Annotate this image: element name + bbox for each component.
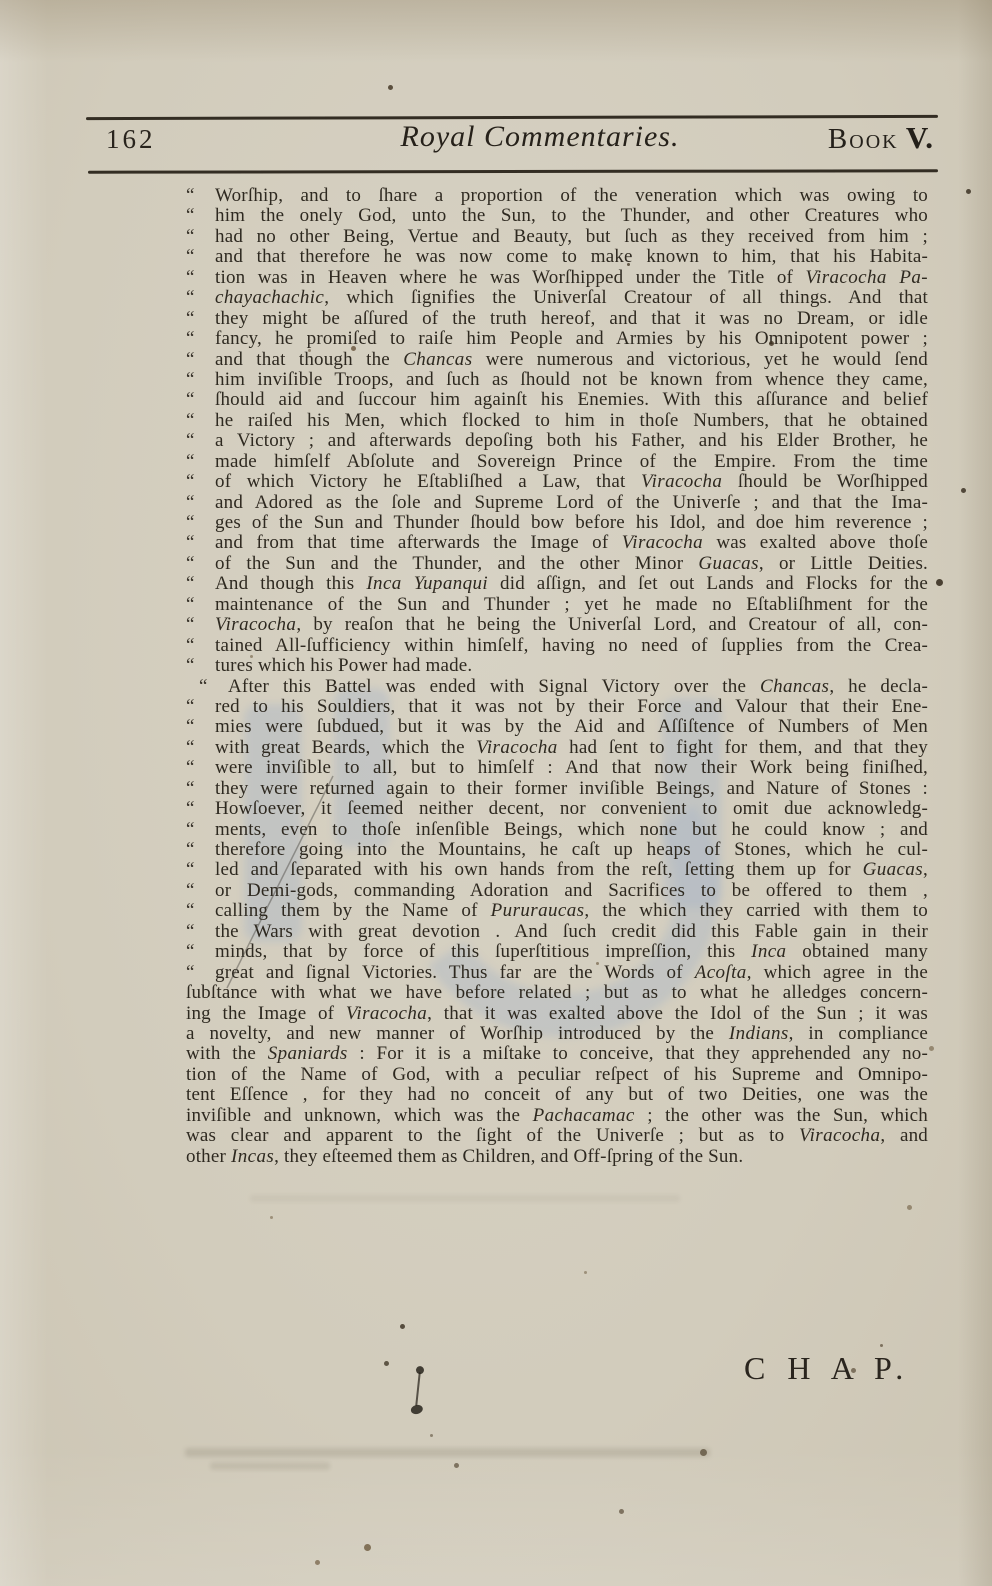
quote-mark: “ [186, 901, 215, 921]
text-line: “mies were ſubdued, but it was by the Ai… [186, 717, 928, 737]
quote-mark: “ [186, 656, 215, 676]
quote-mark: “ [186, 595, 215, 615]
text-line: “of which Victory he Eſtabliſhed a Law, … [186, 472, 928, 492]
text-line: “maintenance of the Sun and Thunder ; ye… [186, 595, 928, 615]
quote-mark: “ [186, 820, 215, 840]
text-line: tion of the Name of God, with a peculiar… [186, 1065, 928, 1085]
quote-mark: “ [186, 881, 215, 901]
quote-mark: “ [186, 636, 215, 656]
text-line: “of the Sun and the Thunder, and the oth… [186, 554, 928, 574]
text-line: “were inviſible to all, but to himſelf :… [186, 758, 928, 778]
text-line: ſubſtance with what we have before relat… [186, 983, 928, 1003]
quote-mark: “ [186, 288, 215, 308]
text-line: “had no other Being, Vertue and Beauty, … [186, 227, 928, 247]
text-line: with the Spaniards : For it is a miſtake… [186, 1044, 928, 1064]
quote-mark: “ [186, 615, 215, 635]
ink-mark [415, 1372, 421, 1406]
ink-specks [0, 0, 3, 3]
quote-mark: “ [186, 472, 215, 492]
text-line: “him inviſible Troops, and ſuch as ſhoul… [186, 370, 928, 390]
text-line: “a Victory ; and afterwards depoſing bot… [186, 431, 928, 451]
text-line: “calling them by the Name of Pururaucas,… [186, 901, 928, 921]
quote-mark: “ [186, 411, 215, 431]
text-line: “Worſhip, and to ſhare a proportion of t… [186, 186, 928, 206]
text-line: “ges of the Sun and Thunder ſhould bow b… [186, 513, 928, 533]
text-line: tent Eſſence , for they had no conceit o… [186, 1085, 928, 1105]
text-line: “the Wars with great devotion . And ſuch… [186, 922, 928, 942]
quote-mark: “ [186, 574, 215, 594]
quote-mark: “ [186, 779, 215, 799]
text-line: “ſhould aid and ſuccour him againſt his … [186, 390, 928, 410]
showthrough-text [250, 1195, 680, 1202]
text-line: “Viracocha, by reaſon that he being the … [186, 615, 928, 635]
quote-mark: “ [186, 370, 215, 390]
showthrough-text [185, 1448, 710, 1457]
quote-mark: “ [186, 860, 215, 880]
text-line: “led and ſeparated with his own hands fr… [186, 860, 928, 880]
quote-mark: “ [186, 697, 215, 717]
quote-mark: “ [186, 309, 215, 329]
book-heading: Book V. [828, 120, 934, 156]
text-line: “minds, that by force of this ſuperſtiti… [186, 942, 928, 962]
quote-mark: “ [186, 840, 215, 860]
text-line: other Incas, they eſteemed them as Child… [186, 1147, 928, 1167]
quote-mark: “ [186, 493, 215, 513]
text-line: ing the Image of Viracocha, that it was … [186, 1004, 928, 1024]
text-line: “him the onely God, unto the Sun, to the… [186, 206, 928, 226]
text-line: inviſible and unknown, which was the Pac… [186, 1106, 928, 1126]
header-rule-bottom [88, 169, 938, 173]
text-line: “tion was in Heaven where he was Worſhip… [186, 268, 928, 288]
text-line: “Howſoever, it ſeemed neither decent, no… [186, 799, 928, 819]
showthrough-text [210, 1462, 330, 1470]
text-line: “they might be aſſured of the truth here… [186, 309, 928, 329]
book-label: Book [828, 123, 899, 155]
quote-mark: “ [186, 390, 215, 410]
quote-mark: “ [186, 247, 215, 267]
text-line: “they were returned again to their forme… [186, 779, 928, 799]
text-line: “and Adored as the ſole and Supreme Lord… [186, 493, 928, 513]
text-line: “great and ſignal Victories. Thus far ar… [186, 963, 928, 983]
text-line: “and from that time afterwards the Image… [186, 533, 928, 553]
text-line: “After this Battel was ended with Signal… [186, 677, 928, 697]
text-line: “tained All-ſufficiency within himſelf, … [186, 636, 928, 656]
book-numeral: V. [906, 120, 934, 155]
text-line: “he raiſed his Men, which flocked to him… [186, 411, 928, 431]
quote-mark: “ [186, 186, 215, 206]
quote-mark: “ [186, 329, 215, 349]
quote-mark: “ [186, 554, 215, 574]
text-line: “ments, even to thoſe inſenſible Beings,… [186, 820, 928, 840]
text-line: “chayachachic, which ſignifies the Unive… [186, 288, 928, 308]
quote-mark: “ [186, 452, 215, 472]
quote-mark: “ [186, 717, 215, 737]
text-line: “or Demi-gods, commanding Adoration and … [186, 881, 928, 901]
text-line: was clear and apparent to the ſight of t… [186, 1126, 928, 1146]
quote-mark: “ [186, 533, 215, 553]
quote-mark: “ [186, 799, 215, 819]
text-line: “red to his Souldiers, that it was not b… [186, 697, 928, 717]
book-page-scan: 162 Royal Commentaries. Book V. “Worſhip… [0, 0, 992, 1586]
quote-mark: “ [186, 942, 215, 962]
quote-mark: “ [186, 268, 215, 288]
quote-mark: “ [186, 206, 215, 226]
text-line: a novelty, and new manner of Worſhip int… [186, 1024, 928, 1044]
text-line: “tures which his Power had made. [186, 656, 928, 676]
text-line: “and that though the Chancas were numero… [186, 350, 928, 370]
text-line: “And though this Inca Yupanqui did aſſig… [186, 574, 928, 594]
quote-mark: “ [186, 758, 215, 778]
text-line: “fancy, he promiſed to raiſe him People … [186, 329, 928, 349]
quote-mark: “ [186, 738, 215, 758]
catchword: C H A P. [744, 1350, 910, 1387]
text-line: “therefore going into the Mountains, he … [186, 840, 928, 860]
quote-mark: “ [186, 227, 215, 247]
quote-mark: “ [186, 922, 215, 942]
quote-mark: “ [186, 431, 215, 451]
body-text: “Worſhip, and to ſhare a proportion of t… [186, 186, 928, 1167]
quote-mark: “ [186, 513, 215, 533]
quote-mark: “ [186, 350, 215, 370]
quote-mark: “ [199, 677, 228, 697]
text-line: “with great Beards, which the Viracocha … [186, 738, 928, 758]
text-line: “made himſelf Abſolute and Sovereign Pri… [186, 452, 928, 472]
quote-mark: “ [186, 963, 215, 983]
text-line: “and that therefore he was now come to m… [186, 247, 928, 267]
